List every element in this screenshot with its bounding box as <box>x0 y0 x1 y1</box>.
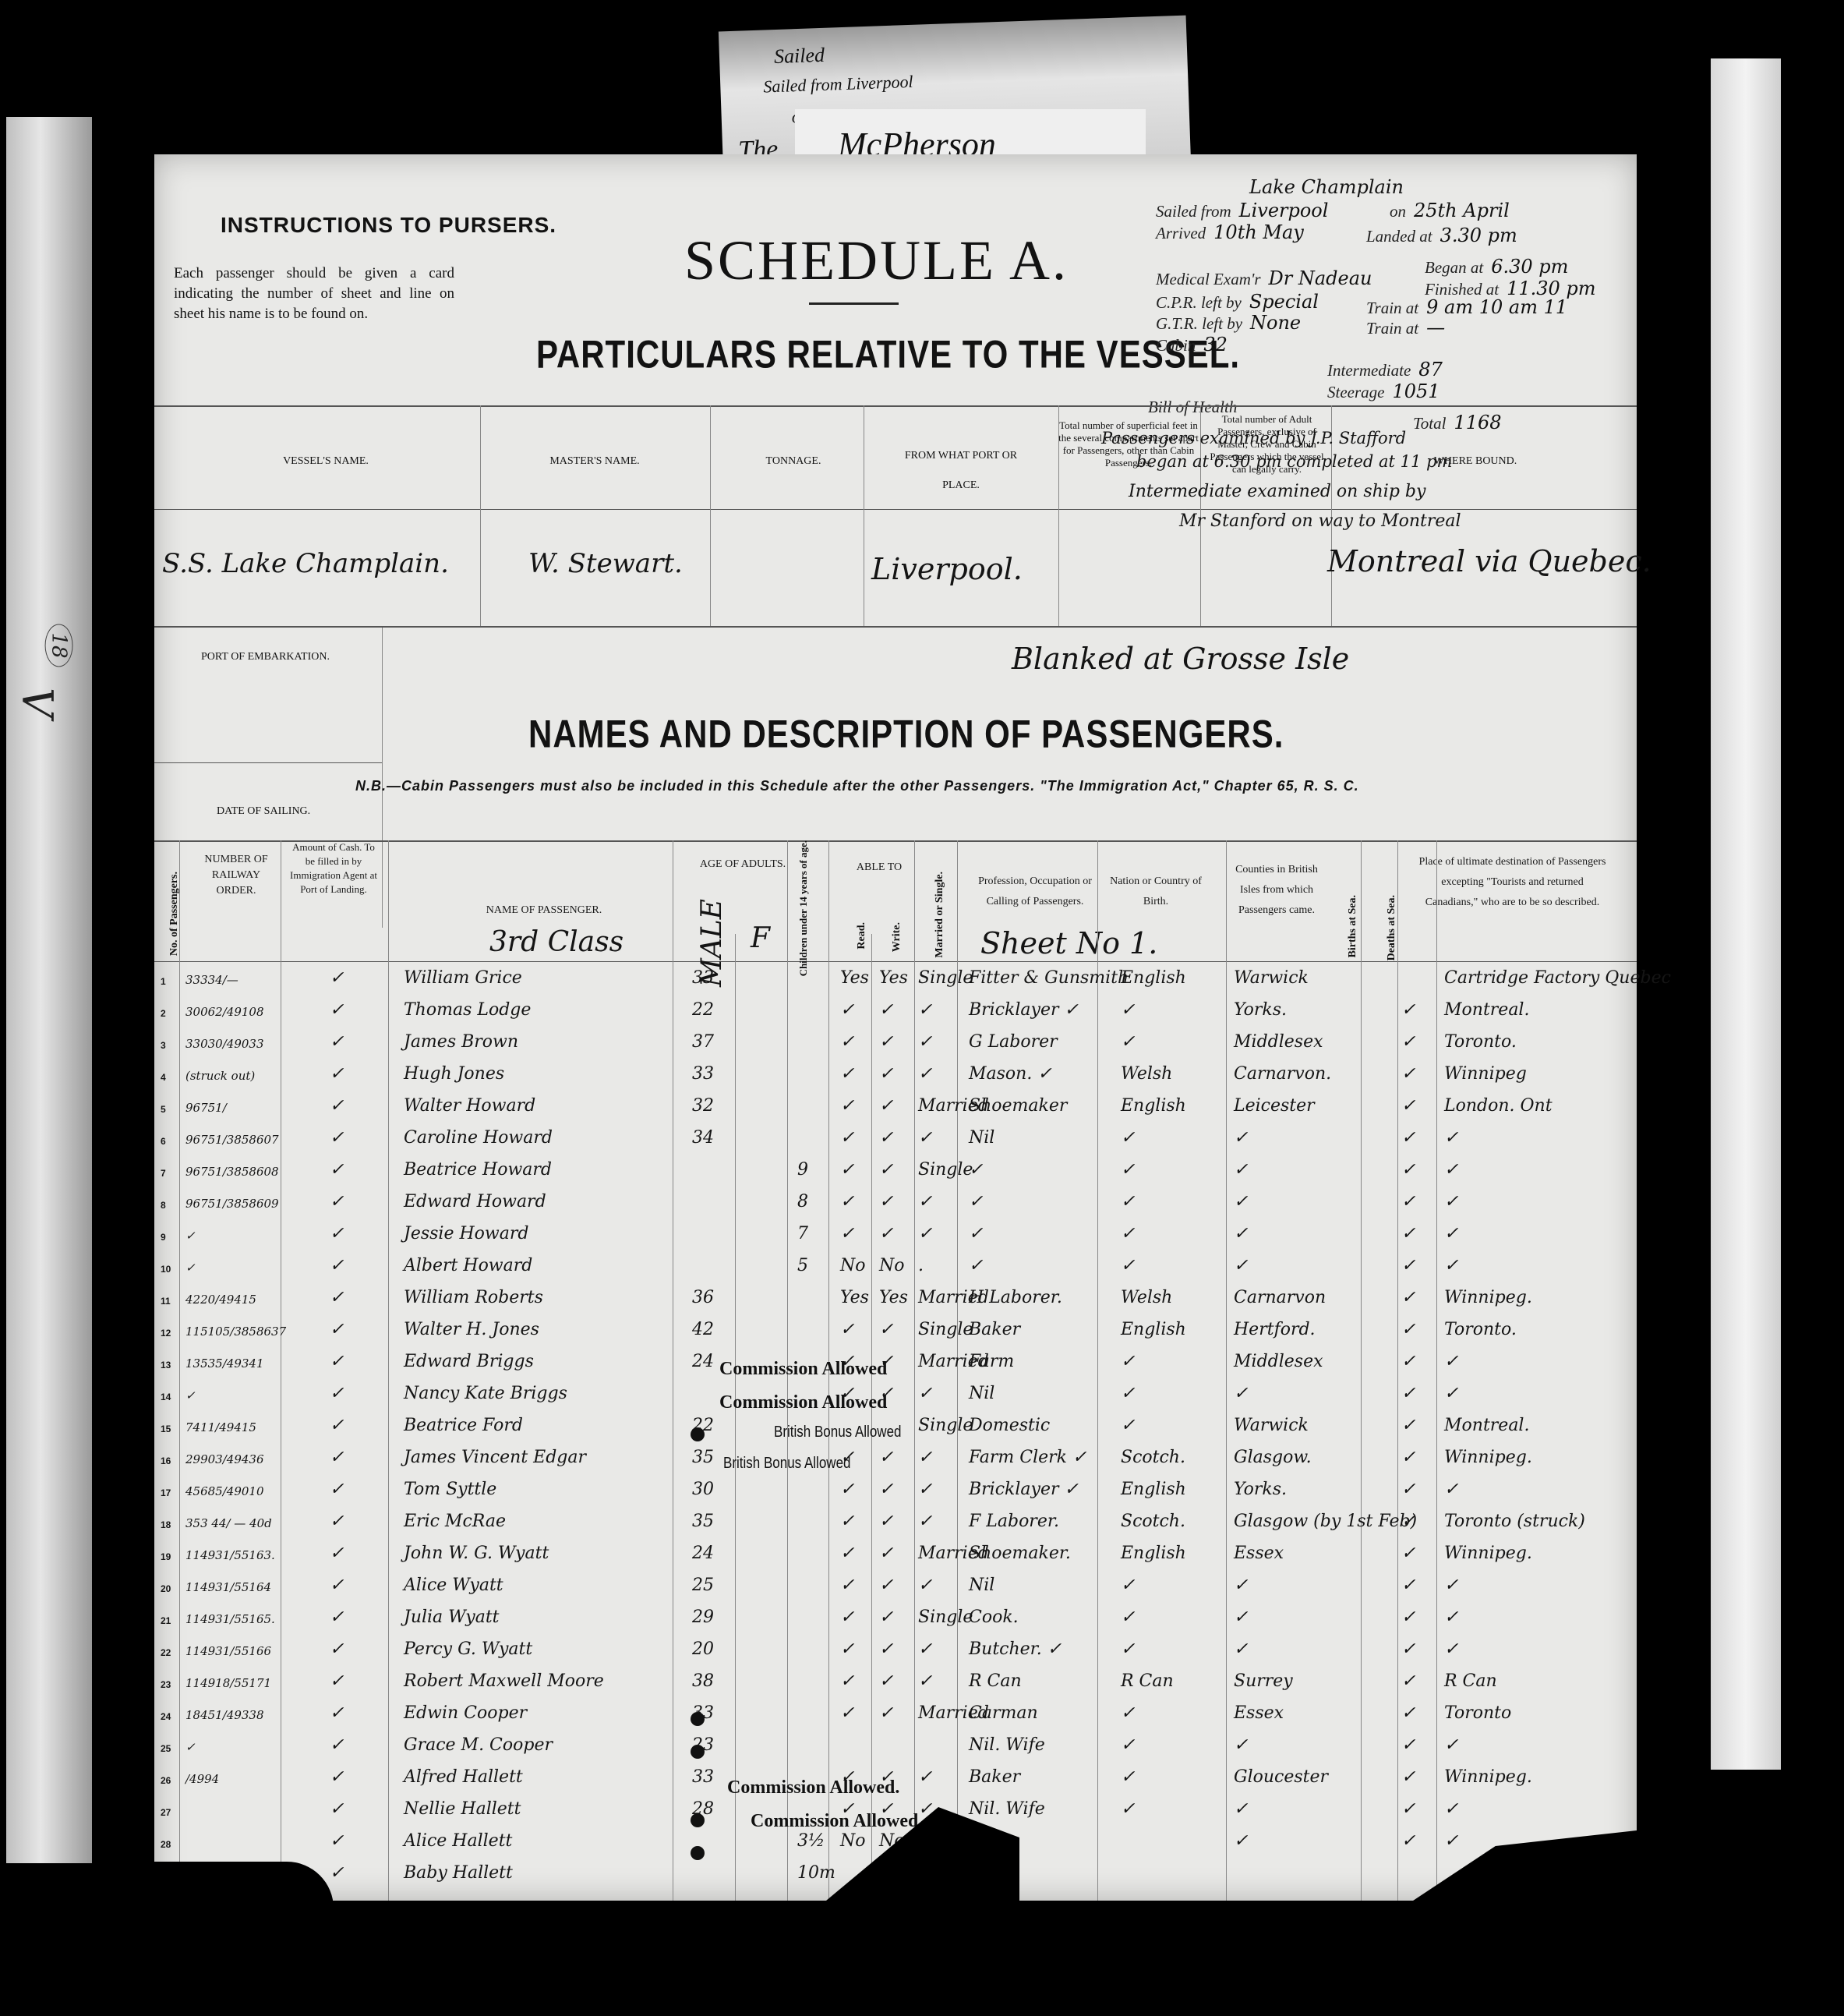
exam-note-2: began at 6.30 pm completed at 11 pm <box>1136 452 1452 471</box>
destination: ✓ <box>1444 1480 1458 1499</box>
nationality: ✓ <box>1121 1735 1135 1755</box>
row-number: 16 <box>161 1455 171 1466</box>
profession: ✓ <box>969 1224 983 1243</box>
can-write: ✓ <box>879 1320 893 1339</box>
county: ✓ <box>1234 1735 1248 1755</box>
nationality: ✓ <box>1121 1703 1135 1723</box>
passed-check: ✓ <box>1401 1320 1415 1339</box>
col-header-married: Married or Single. <box>934 872 946 958</box>
sheet-number-note: Sheet No 1. <box>980 926 1157 960</box>
nationality: English <box>1121 1544 1186 1563</box>
passenger-row: 21114931/55165.✓Julia Wyatt29✓✓SingleCoo… <box>154 1603 1637 1635</box>
passenger-name: Walter Howard <box>404 1096 535 1116</box>
names-title: NAMES AND DESCRIPTION OF PASSENGERS. <box>528 712 1284 757</box>
county: Carnarvon <box>1234 1288 1326 1307</box>
cash-check: ✓ <box>330 1352 344 1371</box>
ink-blot <box>691 1745 705 1759</box>
marital-status: ✓ <box>918 1512 932 1531</box>
can-write: ✓ <box>879 1224 893 1243</box>
passenger-name: James Vincent Edgar <box>404 1448 586 1467</box>
passenger-name: Alfred Hallett <box>404 1767 523 1787</box>
destination: Toronto. <box>1444 1320 1517 1339</box>
destination: Winnipeg. <box>1444 1544 1532 1563</box>
can-read: ✓ <box>840 1703 854 1723</box>
passed-check: ✓ <box>1401 1000 1415 1020</box>
county: Hertford. <box>1234 1320 1316 1339</box>
passenger-name: Nellie Hallett <box>404 1799 521 1819</box>
can-read: ✓ <box>840 1160 854 1180</box>
row-number: 21 <box>161 1615 171 1626</box>
row-number: 2 <box>161 1008 166 1019</box>
vessel-name-header: VESSEL'S NAME. <box>263 454 388 469</box>
passenger-name: Robert Maxwell Moore <box>404 1671 604 1691</box>
profession: Mason. ✓ <box>969 1064 1052 1084</box>
profession: ✓ <box>969 1160 983 1180</box>
passenger-row: 22114931/55166✓Percy G. Wyatt20✓✓✓Butche… <box>154 1635 1637 1667</box>
passenger-table-header-rule <box>154 961 1637 962</box>
cash-check: ✓ <box>330 1448 344 1467</box>
passenger-name: Walter H. Jones <box>404 1320 539 1339</box>
railway-order-number: 115105/3858637 <box>185 1325 286 1339</box>
row-number: 26 <box>161 1775 171 1786</box>
row-number: 17 <box>161 1487 171 1498</box>
passenger-name: Julia Wyatt <box>404 1607 500 1627</box>
passenger-row: 18353 44/ — 40d✓Eric McRae35✓✓✓F Laborer… <box>154 1507 1637 1539</box>
commission-stamp: Commission Allowed. <box>751 1811 923 1832</box>
row-number: 13 <box>161 1360 171 1371</box>
can-write: No <box>879 1256 905 1275</box>
passenger-row: 114220/49415✓William Roberts36YesYesMarr… <box>154 1283 1637 1315</box>
cash-check: ✓ <box>330 1512 344 1531</box>
row-number: 12 <box>161 1328 171 1339</box>
can-read: ✓ <box>840 1032 854 1052</box>
destination: Winnipeg <box>1444 1064 1527 1084</box>
instructions-text: Each passenger should be given a card in… <box>174 263 454 324</box>
can-read: Yes <box>840 1288 869 1307</box>
county: Gloucester <box>1234 1767 1328 1787</box>
marital-status: Single <box>918 1607 973 1627</box>
can-read: ✓ <box>840 1671 854 1691</box>
cash-check: ✓ <box>330 1192 344 1211</box>
passenger-name: Jessie Howard <box>404 1224 528 1243</box>
arrived-value: 10th May <box>1213 221 1304 243</box>
nationality: ✓ <box>1121 1607 1135 1627</box>
tag-line: Sailed <box>774 44 825 69</box>
nationality: Scotch. <box>1121 1512 1185 1531</box>
railway-order-number: 114931/55166 <box>185 1644 271 1658</box>
ink-blot <box>691 1813 705 1827</box>
can-write: ✓ <box>879 1128 893 1148</box>
began-value: 6.30 pm <box>1491 256 1568 278</box>
child-age: 3½ <box>797 1831 825 1851</box>
railway-order-number: 7411/49415 <box>185 1420 256 1434</box>
profession: Nil. Wife <box>969 1735 1045 1755</box>
cash-check: ✓ <box>330 1671 344 1691</box>
row-number: 22 <box>161 1647 171 1658</box>
destination: ✓ <box>1444 1128 1458 1148</box>
passenger-name: John W. G. Wyatt <box>404 1544 549 1563</box>
destination: ✓ <box>1444 1639 1458 1659</box>
destination: ✓ <box>1444 1192 1458 1211</box>
can-write: ✓ <box>879 1096 893 1116</box>
railway-order-number: 45685/49010 <box>185 1484 264 1498</box>
ink-blot <box>691 1712 705 1726</box>
on-label: on <box>1390 202 1406 221</box>
adult-age: 33 <box>692 968 714 988</box>
cash-check: ✓ <box>330 1288 344 1307</box>
county: Warwick <box>1234 968 1309 988</box>
vessel-table-mid-rule <box>154 509 1637 510</box>
marital-status: ✓ <box>918 1192 932 1211</box>
county: Essex <box>1234 1544 1284 1563</box>
medical-label: Medical Exam'r <box>1156 270 1261 288</box>
county: Essex <box>1234 1703 1284 1723</box>
marital-status: ✓ <box>918 1224 932 1243</box>
passenger-name: Alice Wyatt <box>404 1576 503 1595</box>
marital-status: ✓ <box>918 1480 932 1499</box>
grosse-isle-note: Blanked at Grosse Isle <box>1012 642 1349 676</box>
row-number: 27 <box>161 1807 171 1818</box>
can-read: ✓ <box>840 1607 854 1627</box>
row-number: 5 <box>161 1104 166 1115</box>
adult-age: 35 <box>692 1448 714 1467</box>
can-write: ✓ <box>879 1607 893 1627</box>
passed-check: ✓ <box>1401 1192 1415 1211</box>
passenger-row: 25✓✓Grace M. Cooper23Nil. Wife✓✓✓✓ <box>154 1731 1637 1763</box>
where-bound-value: Montreal via Quebec. <box>1327 544 1651 578</box>
passenger-name: Tom Syttle <box>404 1480 496 1499</box>
col-header-counties: Counties in British Isles from which Pas… <box>1230 860 1323 921</box>
master-name-header: MASTER'S NAME. <box>528 454 661 469</box>
profession: F Laborer. <box>969 1512 1059 1531</box>
col-divider <box>710 405 711 626</box>
cash-check: ✓ <box>330 1831 344 1851</box>
cash-check: ✓ <box>330 1799 344 1819</box>
can-write: ✓ <box>879 1576 893 1595</box>
cash-check: ✓ <box>330 1480 344 1499</box>
destination: Winnipeg. <box>1444 1288 1532 1307</box>
can-read: ✓ <box>840 1192 854 1211</box>
can-read: No <box>840 1831 866 1851</box>
nationality: English <box>1121 1320 1186 1339</box>
profession: Farm <box>969 1352 1014 1371</box>
passenger-name: Nancy Kate Briggs <box>404 1384 567 1403</box>
passenger-name: Hugh Jones <box>404 1064 504 1084</box>
col-header-children: Children under 14 years of age. <box>797 840 810 976</box>
cash-check: ✓ <box>330 968 344 988</box>
passed-check: ✓ <box>1401 1799 1415 1819</box>
county: Leicester <box>1234 1096 1315 1116</box>
circled-number: 18 <box>45 624 73 667</box>
profession: Bricklayer ✓ <box>969 1000 1079 1020</box>
profession: Nil. Wife <box>969 1799 1045 1819</box>
nationality: English <box>1121 1480 1186 1499</box>
sailed-from-label: Sailed from <box>1156 202 1231 221</box>
passed-check: ✓ <box>1401 1703 1415 1723</box>
female-label: F <box>751 922 770 954</box>
intermediate-label: Intermediate <box>1327 361 1411 380</box>
passed-check: ✓ <box>1401 1767 1415 1787</box>
marital-status: ✓ <box>918 1032 932 1052</box>
destination: ✓ <box>1444 1160 1458 1180</box>
profession: Nil <box>969 1384 994 1403</box>
tag-line: Sailed from Liverpool <box>763 72 913 97</box>
passenger-row: 20114931/55164✓Alice Wyatt25✓✓✓Nil✓✓✓✓ <box>154 1571 1637 1603</box>
passenger-name: Grace M. Cooper <box>404 1735 553 1755</box>
railway-order-number: 114931/55165. <box>185 1612 275 1626</box>
passenger-row: 1745685/49010✓Tom Syttle30✓✓✓Bricklayer … <box>154 1475 1637 1507</box>
passenger-name: James Brown <box>404 1032 518 1052</box>
nationality: ✓ <box>1121 1384 1135 1403</box>
nationality: ✓ <box>1121 1767 1135 1787</box>
railway-order-number: 114918/55171 <box>185 1676 271 1690</box>
row-number: 4 <box>161 1072 166 1083</box>
col-header-deaths: Deaths at Sea. <box>1386 895 1398 960</box>
passed-check: ✓ <box>1401 1735 1415 1755</box>
can-read: ✓ <box>840 1639 854 1659</box>
adult-age: 33 <box>692 1064 714 1084</box>
passed-check: ✓ <box>1401 1064 1415 1084</box>
railway-order-number: 114931/55163. <box>185 1548 275 1562</box>
row-number: 10 <box>161 1264 171 1275</box>
row-number: 1 <box>161 976 166 987</box>
adult-age: 29 <box>692 1607 714 1627</box>
passenger-row: 2418451/49338✓Edwin Cooper33✓✓MarriedCar… <box>154 1699 1637 1731</box>
ink-blot <box>691 1427 705 1441</box>
profession: Cook. <box>969 1607 1019 1627</box>
nb-note: N.B.—Cabin Passengers must also be inclu… <box>355 778 1359 794</box>
commission-stamp: Commission Allowed <box>719 1392 887 1413</box>
british-bonus-stamp: British Bonus Allowed <box>774 1424 901 1441</box>
marital-status: Single <box>918 968 973 988</box>
adult-age: 30 <box>692 1480 714 1499</box>
row-number: 6 <box>161 1136 166 1147</box>
profession: ✓ <box>969 1192 983 1211</box>
cash-check: ✓ <box>330 1032 344 1052</box>
ink-blot <box>691 1846 705 1860</box>
adult-age: 24 <box>692 1352 714 1371</box>
profession: H Laborer. <box>969 1288 1062 1307</box>
nationality: ✓ <box>1121 1128 1135 1148</box>
nationality: English <box>1121 968 1186 988</box>
marital-status: Single <box>918 1416 973 1435</box>
railway-order-number: 4220/49415 <box>185 1293 256 1307</box>
row-number: 14 <box>161 1392 171 1402</box>
passenger-name: William Grice <box>404 968 522 988</box>
gtr-value: None <box>1250 312 1301 334</box>
passenger-row: 1313535/49341✓Edward Briggs24✓✓MarriedFa… <box>154 1347 1637 1379</box>
nationality: Scotch. <box>1121 1448 1185 1467</box>
cash-check: ✓ <box>330 1576 344 1595</box>
can-write: ✓ <box>879 1448 893 1467</box>
nationality: ✓ <box>1121 1032 1135 1052</box>
nationality: ✓ <box>1121 1352 1135 1371</box>
col-header-births: Births at Sea. <box>1347 895 1359 958</box>
destination: Montreal. <box>1444 1000 1529 1020</box>
railway-order-number: ✓ <box>185 1261 196 1275</box>
destination: ✓ <box>1444 1735 1458 1755</box>
passenger-name: Beatrice Ford <box>404 1416 523 1435</box>
col-divider <box>864 405 864 626</box>
col-header-age: AGE OF ADULTS. <box>696 852 790 877</box>
exam-note-3: Intermediate examined on ship by <box>1129 482 1425 501</box>
can-read: No <box>840 1256 866 1275</box>
row-number: 7 <box>161 1168 166 1179</box>
arrived-label: Arrived <box>1156 224 1206 242</box>
row-number: 18 <box>161 1519 171 1530</box>
county: Yorks. <box>1234 1000 1287 1020</box>
commission-stamp: Commission Allowed <box>719 1359 887 1380</box>
marital-status: ✓ <box>918 1000 932 1020</box>
passed-check: ✓ <box>1401 1160 1415 1180</box>
passed-check: ✓ <box>1401 1288 1415 1307</box>
instructions-title: INSTRUCTIONS TO PURSERS. <box>221 213 556 238</box>
marital-status: ✓ <box>918 1671 932 1691</box>
nationality: ✓ <box>1121 1256 1135 1275</box>
can-write: ✓ <box>879 1639 893 1659</box>
cpr-label: C.P.R. left by <box>1156 293 1242 312</box>
date-of-sailing-label: DATE OF SAILING. <box>217 805 310 818</box>
passenger-row: 133334/—✓William Grice33YesYesSingleFitt… <box>154 964 1637 996</box>
passenger-row: 10✓✓Albert Howard5NoNo.✓✓✓✓✓ <box>154 1251 1637 1283</box>
destination: ✓ <box>1444 1607 1458 1627</box>
railway-order-number: /4994 <box>185 1772 219 1786</box>
county: ✓ <box>1234 1160 1248 1180</box>
cash-check: ✓ <box>330 1639 344 1659</box>
vessel-table-bottom-rule <box>154 626 1637 628</box>
cash-check: ✓ <box>330 1096 344 1116</box>
adult-age: 38 <box>692 1671 714 1691</box>
can-read: ✓ <box>840 1064 854 1084</box>
railway-order-number: 18451/49338 <box>185 1708 264 1722</box>
railway-order-number: 96751/3858609 <box>185 1197 279 1211</box>
county: ✓ <box>1234 1192 1248 1211</box>
schedule-page: INSTRUCTIONS TO PURSERS. Each passenger … <box>154 154 1637 1901</box>
passenger-row: 19114931/55163.✓John W. G. Wyatt24✓✓Marr… <box>154 1539 1637 1571</box>
profession: Fitter & Gunsmith <box>969 968 1129 988</box>
intermediate-value: 87 <box>1418 359 1443 380</box>
county: Warwick <box>1234 1416 1309 1435</box>
county: ✓ <box>1234 1576 1248 1595</box>
cash-check: ✓ <box>330 1767 344 1787</box>
cash-check: ✓ <box>330 1416 344 1435</box>
col-header-destination: Place of ultimate destination of Passeng… <box>1417 852 1608 913</box>
passenger-name: Thomas Lodge <box>404 1000 531 1020</box>
row-number: 15 <box>161 1424 171 1434</box>
tonnage-header: TONNAGE. <box>747 454 840 469</box>
nationality: English <box>1121 1096 1186 1116</box>
passenger-row: 333030/49033✓James Brown37✓✓✓G Laborer✓M… <box>154 1027 1637 1059</box>
nationality: ✓ <box>1121 1416 1135 1435</box>
destination: Toronto (struck) <box>1444 1512 1585 1531</box>
cash-check: ✓ <box>330 1160 344 1180</box>
passenger-name: Baby Hallett <box>404 1863 513 1883</box>
county: ✓ <box>1234 1639 1248 1659</box>
destination: Montreal. <box>1444 1416 1529 1435</box>
marital-status: Single <box>918 1320 973 1339</box>
cash-check: ✓ <box>330 1224 344 1243</box>
railway-order-number: 30062/49108 <box>185 1005 264 1019</box>
profession: Farm Clerk ✓ <box>969 1448 1086 1467</box>
sailed-date-value: 25th April <box>1414 200 1510 221</box>
county: ✓ <box>1234 1224 1248 1243</box>
passenger-row: 9✓✓Jessie Howard7✓✓✓✓✓✓✓✓ <box>154 1219 1637 1251</box>
county: Surrey <box>1234 1671 1293 1691</box>
adult-age: 24 <box>692 1544 714 1563</box>
cash-check: ✓ <box>330 1703 344 1723</box>
can-read: ✓ <box>840 1512 854 1531</box>
row-number: 3 <box>161 1040 166 1051</box>
can-read: Yes <box>840 968 869 988</box>
passed-check: ✓ <box>1401 1448 1415 1467</box>
passenger-name: William Roberts <box>404 1288 543 1307</box>
medical-value: Dr Nadeau <box>1269 267 1372 289</box>
from-port-value: Liverpool. <box>871 552 1023 586</box>
destination: R Can <box>1444 1671 1497 1691</box>
adult-age: 25 <box>692 1576 714 1595</box>
col-header-name: NAME OF PASSENGER. <box>419 903 669 918</box>
col-header-profession: Profession, Occupation or Calling of Pas… <box>969 872 1101 912</box>
passenger-name: Percy G. Wyatt <box>404 1639 532 1659</box>
commission-stamp: Commission Allowed. <box>727 1777 899 1798</box>
nationality: ✓ <box>1121 1192 1135 1211</box>
can-read: ✓ <box>840 1128 854 1148</box>
passed-check: ✓ <box>1401 1128 1415 1148</box>
passenger-row: 14✓✓Nancy Kate Briggs✓✓✓Nil✓✓✓✓ <box>154 1379 1637 1411</box>
railway-order-number: ✓ <box>185 1740 196 1754</box>
nationality: R Can <box>1121 1671 1174 1691</box>
particulars-title: PARTICULARS RELATIVE TO THE VESSEL. <box>536 332 1240 377</box>
destination: ✓ <box>1444 1799 1458 1819</box>
cabin-value: 32 <box>1203 334 1228 355</box>
cash-check: ✓ <box>330 1000 344 1020</box>
adult-age: 33 <box>692 1767 714 1787</box>
vessel-name-value: S.S. Lake Champlain. <box>162 548 449 579</box>
nationality: ✓ <box>1121 1799 1135 1819</box>
passenger-row: 230062/49108✓Thomas Lodge22✓✓✓Bricklayer… <box>154 996 1637 1027</box>
passenger-name: Edward Howard <box>404 1192 546 1211</box>
nationality: Welsh <box>1121 1064 1172 1084</box>
county: ✓ <box>1234 1799 1248 1819</box>
railway-order-number: ✓ <box>185 1388 196 1402</box>
railway-order-number: 353 44/ — 40d <box>185 1516 272 1530</box>
can-write: ✓ <box>879 1512 893 1531</box>
county: Yorks. <box>1234 1480 1287 1499</box>
destination: ✓ <box>1444 1576 1458 1595</box>
can-write: ✓ <box>879 1480 893 1499</box>
passenger-row: 1629903/49436✓James Vincent Edgar35✓✓✓Fa… <box>154 1443 1637 1475</box>
row-number: 8 <box>161 1200 166 1211</box>
passenger-name: Edwin Cooper <box>404 1703 527 1723</box>
can-write: ✓ <box>879 1160 893 1180</box>
can-read: ✓ <box>840 1000 854 1020</box>
passed-check: ✓ <box>1401 1352 1415 1371</box>
can-write: ✓ <box>879 1064 893 1084</box>
county: ✓ <box>1234 1607 1248 1627</box>
passenger-row: 696751/3858607✓Caroline Howard34✓✓✓Nil✓✓… <box>154 1123 1637 1155</box>
row-number: 20 <box>161 1583 171 1594</box>
can-read: ✓ <box>840 1096 854 1116</box>
margin-letter: V <box>12 688 62 718</box>
master-name-value: W. Stewart. <box>528 548 683 579</box>
total-label: Total <box>1413 414 1446 433</box>
passed-check: ✓ <box>1401 1256 1415 1275</box>
marital-status: Single <box>918 1160 973 1180</box>
nationality: ✓ <box>1121 1639 1135 1659</box>
passenger-name: Beatrice Howard <box>404 1160 552 1180</box>
railway-order-number: (struck out) <box>185 1069 255 1083</box>
class-note: 3rd Class <box>489 926 623 958</box>
